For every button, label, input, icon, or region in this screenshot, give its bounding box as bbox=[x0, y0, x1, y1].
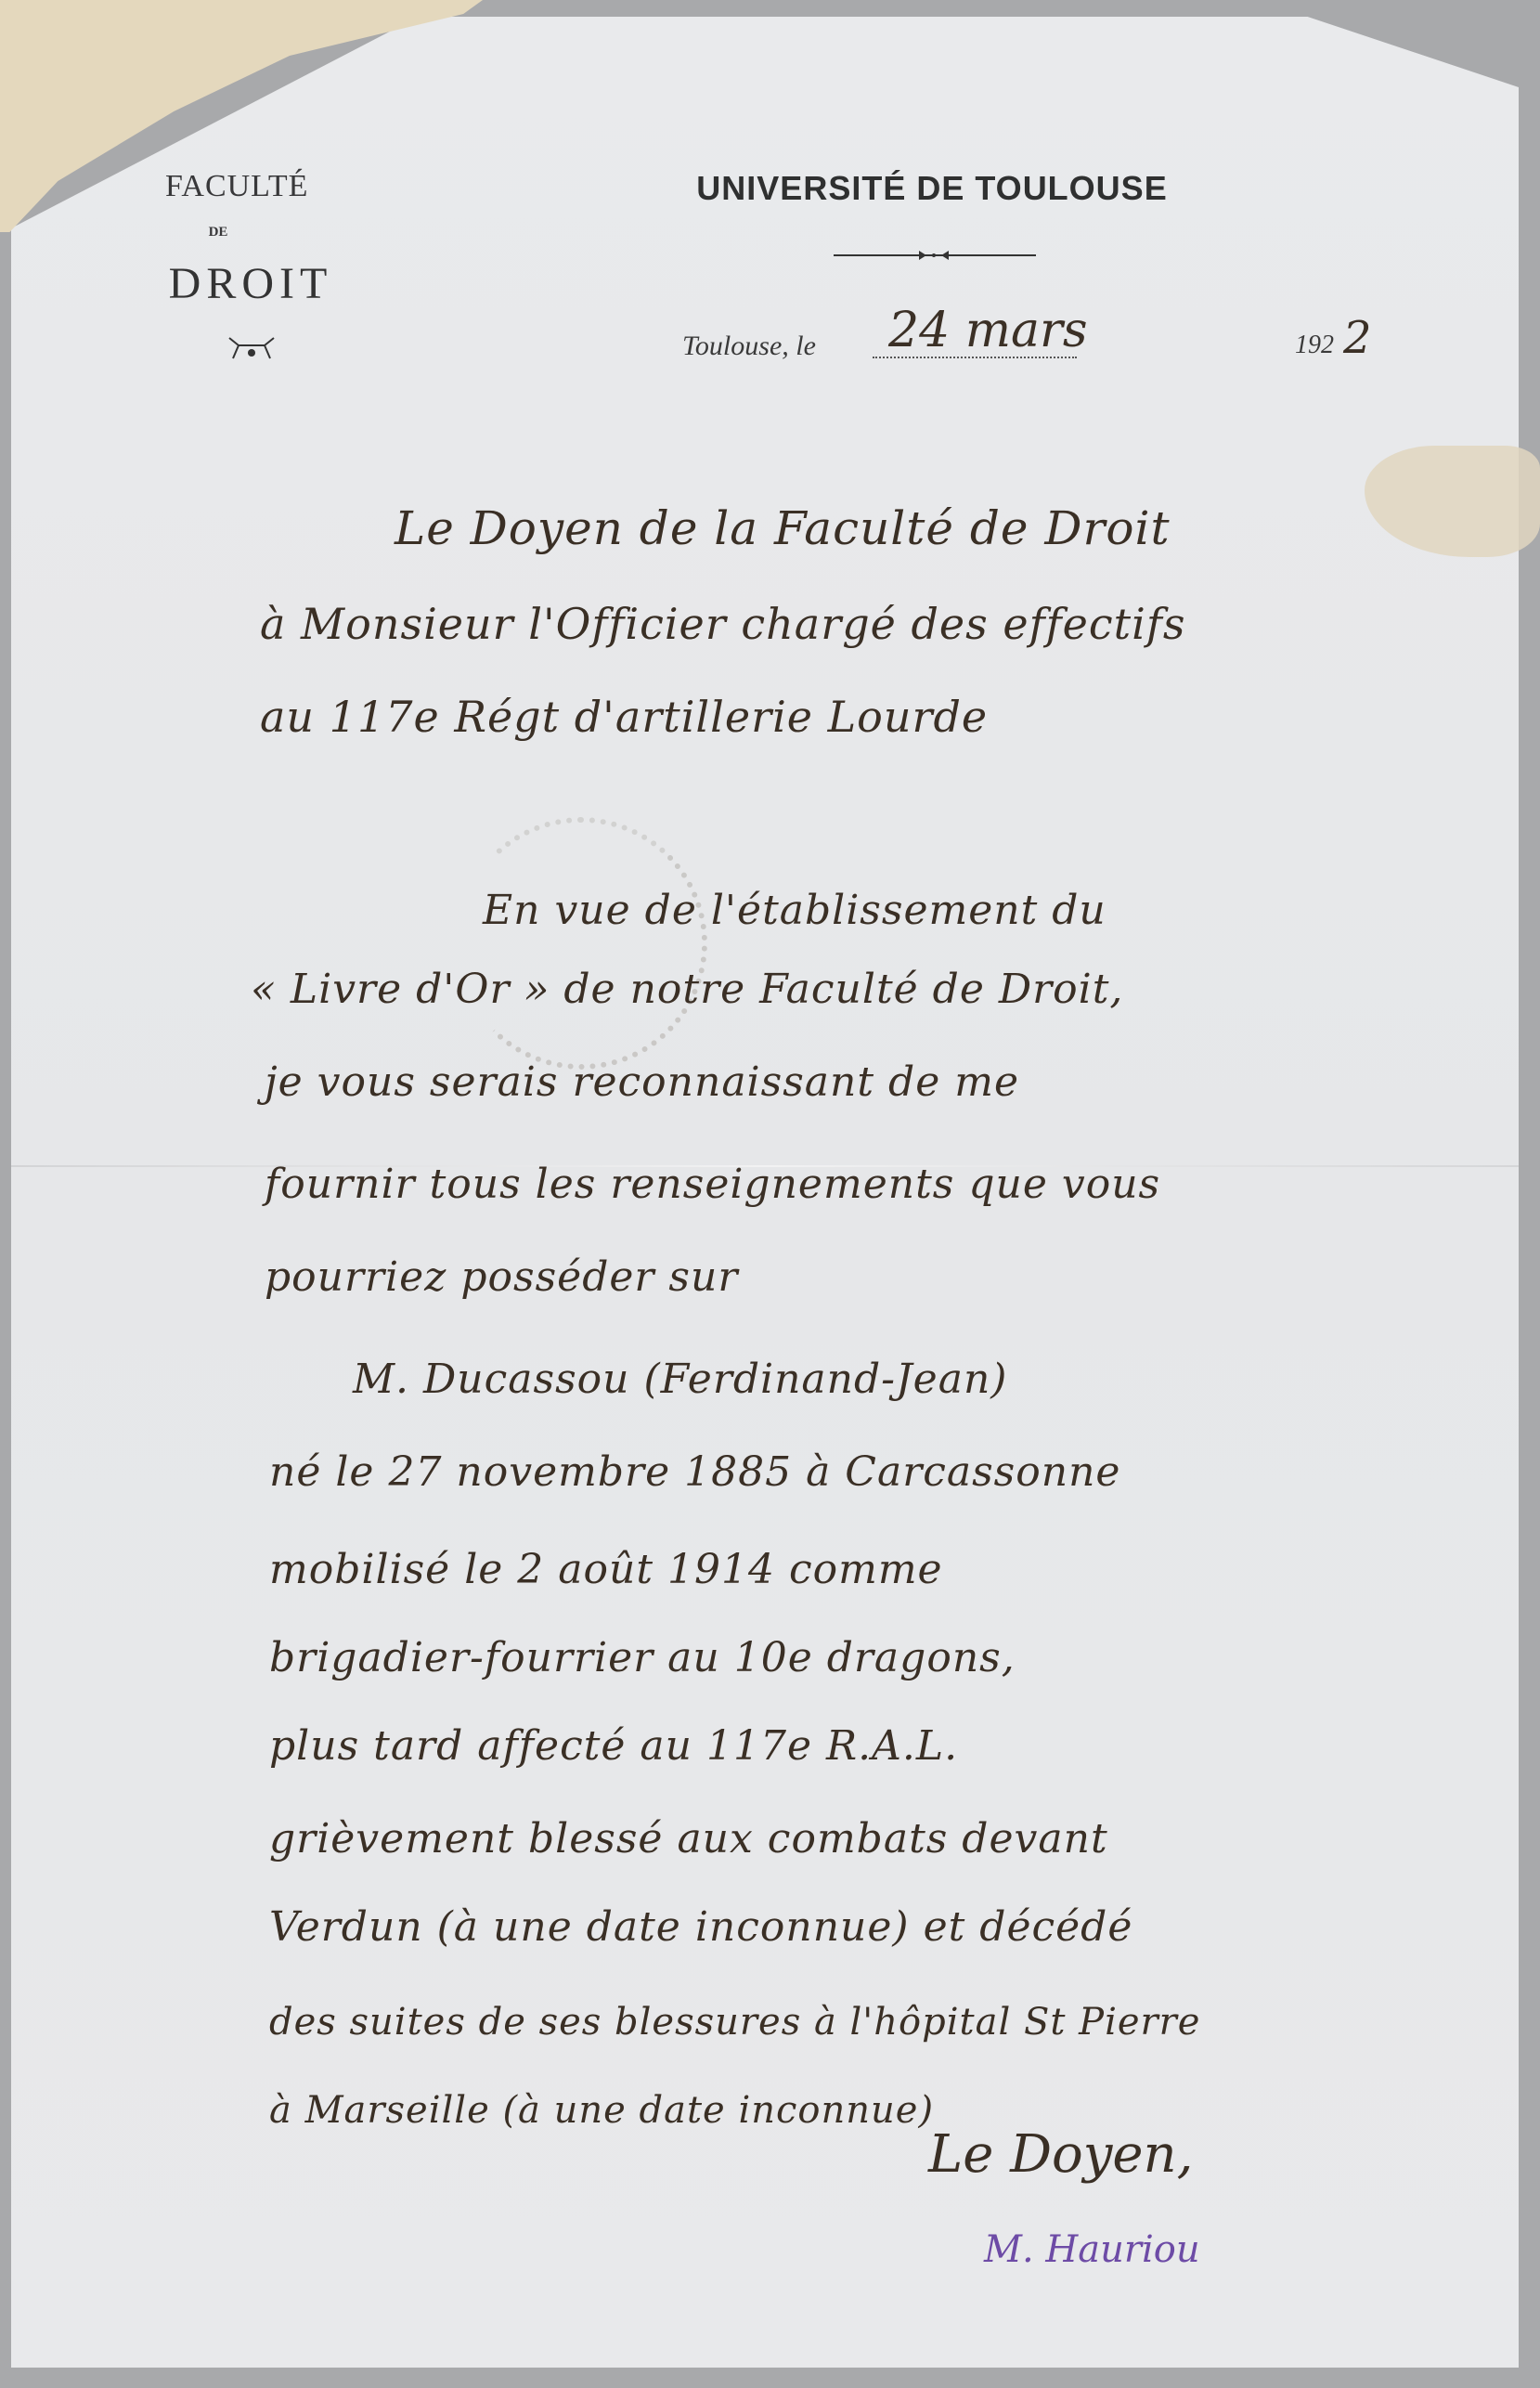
ornament-icon bbox=[226, 334, 278, 362]
printed-year: 192 bbox=[1295, 331, 1334, 360]
handwritten-date: 24 mars bbox=[888, 303, 1088, 358]
decorative-divider-icon bbox=[834, 249, 1036, 262]
body-line: pourriez posséder sur bbox=[265, 1253, 738, 1301]
body-line: fournir tous les renseignements que vous bbox=[265, 1161, 1160, 1208]
address-line: à Monsieur l'Officier chargé des effecti… bbox=[260, 599, 1185, 649]
date-place: Toulouse, le bbox=[682, 331, 816, 362]
letterhead-de: DE bbox=[186, 225, 251, 240]
body-line: En vue de l'établissement du bbox=[483, 887, 1106, 934]
faded-postmark-stamp bbox=[455, 817, 707, 1070]
body-line: brigadier-fourrier au 10e dragons, bbox=[269, 1634, 1016, 1681]
body-line: grièvement blessé aux combats devant bbox=[269, 1815, 1108, 1862]
body-line: « Livre d'Or » de notre Faculté de Droit… bbox=[251, 966, 1123, 1013]
body-line: des suites de ses blessures à l'hôpital … bbox=[269, 2001, 1200, 2044]
violet-ink-signature: M. Hauriou bbox=[984, 2228, 1200, 2271]
date-line: Toulouse, le 24 mars 192 2 bbox=[682, 323, 1406, 370]
letterhead-faculte: FACULTÉ bbox=[165, 169, 269, 204]
body-line: né le 27 novembre 1885 à Carcassonne bbox=[269, 1448, 1120, 1496]
handwritten-year-digit: 2 bbox=[1343, 312, 1372, 364]
body-line: Verdun (à une date inconnue) et décédé bbox=[269, 1903, 1132, 1951]
body-line: je vous serais reconnaissant de me bbox=[265, 1058, 1019, 1106]
address-line: Le Doyen de la Faculté de Droit bbox=[395, 501, 1171, 555]
letterhead-university-title: UNIVERSITÉ DE TOULOUSE bbox=[616, 169, 1248, 208]
body-line: plus tard affecté au 117e R.A.L. bbox=[269, 1722, 958, 1770]
signature-le-doyen: Le Doyen, bbox=[928, 2124, 1193, 2185]
body-line: mobilisé le 2 août 1914 comme bbox=[269, 1546, 943, 1593]
body-line: M. Ducassou (Ferdinand-Jean) bbox=[353, 1356, 1007, 1403]
address-line: au 117e Régt d'artillerie Lourde bbox=[260, 692, 988, 742]
letterhead-droit: DROIT bbox=[130, 258, 371, 309]
body-line: à Marseille (à une date inconnue) bbox=[269, 2089, 934, 2132]
